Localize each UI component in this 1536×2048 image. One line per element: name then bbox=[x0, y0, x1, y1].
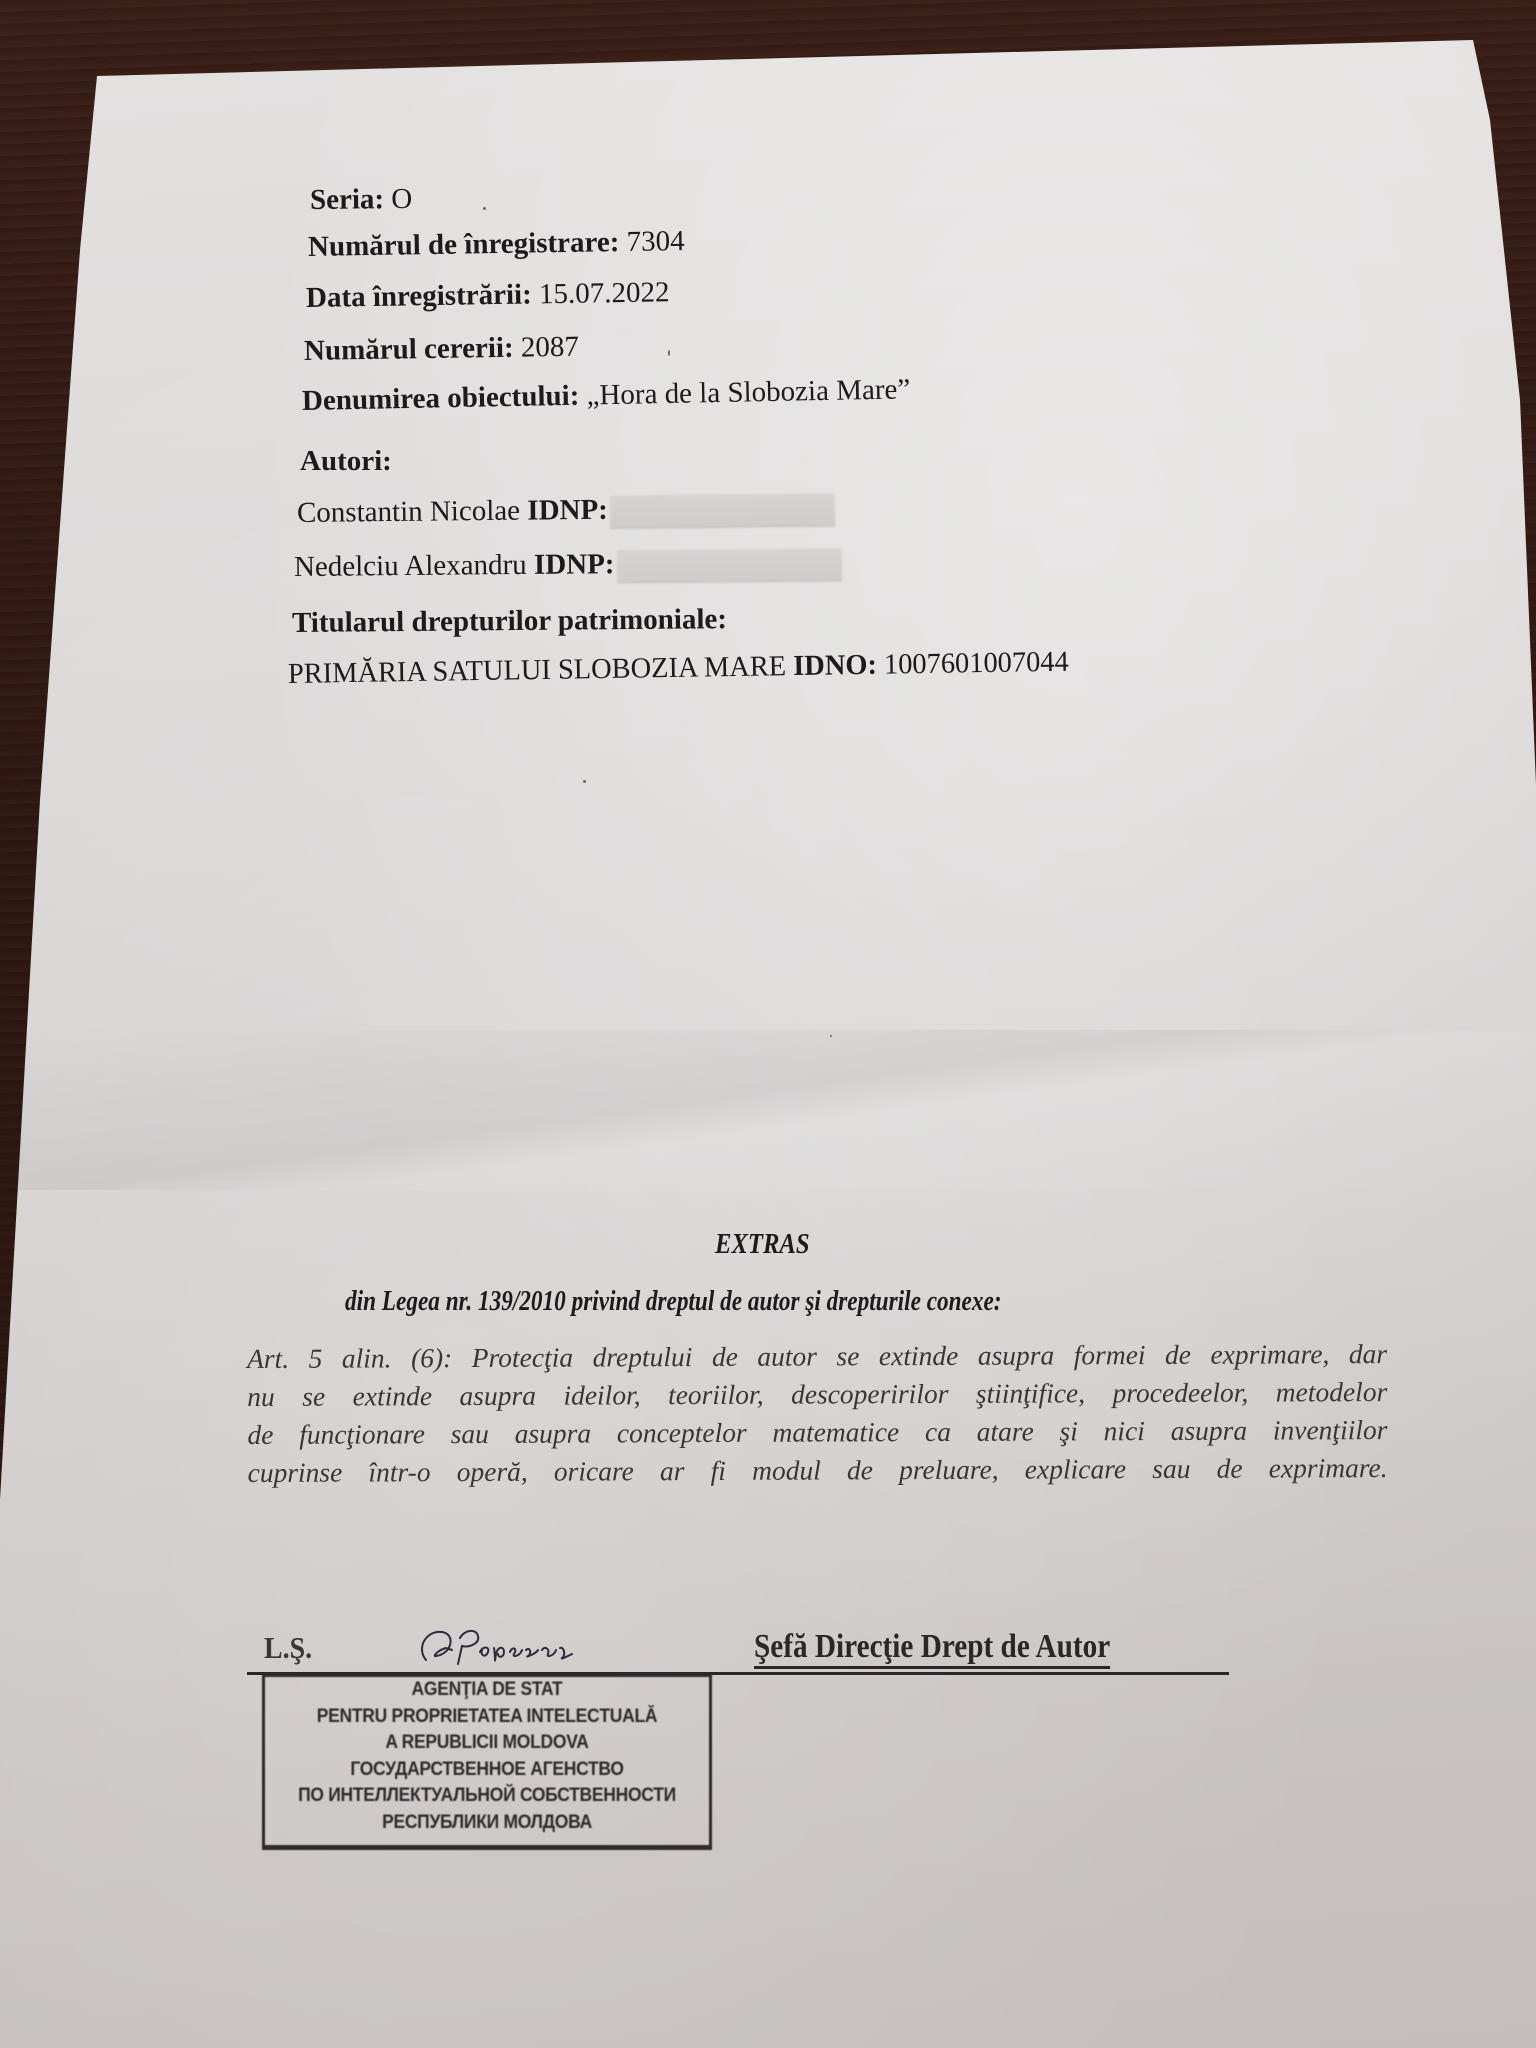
rights-holder-row: PRIMĂRIA SATULUI SLOBOZIA MARE IDNO: 100… bbox=[288, 646, 1069, 691]
registration-date-label: Data înregistrării: bbox=[306, 278, 532, 314]
rights-holder-label: Titularul drepturilor patrimoniale: bbox=[292, 603, 727, 639]
object-name-value: „Hora de la Slobozia Mare” bbox=[586, 373, 910, 411]
request-number-label: Numărul cererii: bbox=[304, 332, 514, 367]
paper-fold-shadow bbox=[0, 1030, 1536, 1190]
author-id-label: IDNP: bbox=[527, 494, 608, 527]
request-number-value: 2087 bbox=[521, 331, 579, 364]
handwritten-signature-icon bbox=[412, 1620, 582, 1672]
registration-number-value: 7304 bbox=[626, 225, 684, 258]
article-line: nu se extinde asupra ideilor, teoriilor,… bbox=[247, 1373, 1387, 1416]
redacted-idnp bbox=[616, 548, 841, 583]
stamp-line: РЕСПУБЛИКИ МОЛДОВА bbox=[283, 1810, 691, 1837]
field-registration-date: Data înregistrării: 15.07.2022 bbox=[306, 276, 670, 315]
rights-holder-id-label: IDNO: bbox=[793, 649, 877, 682]
rights-holder-heading: Titularul drepturilor patrimoniale: bbox=[292, 603, 727, 640]
author-row: Constantin Nicolae IDNP: bbox=[297, 491, 835, 531]
signer-title: Şefă Direcţie Drept de Autor bbox=[754, 1628, 1110, 1669]
stamp-line: AGENŢIA DE STAT bbox=[283, 1677, 691, 1704]
speck bbox=[483, 207, 486, 210]
redacted-idnp bbox=[610, 493, 835, 528]
stamp-line: ПО ИНТЕЛЛЕКТУАЛЬНОЙ СОБСТВЕННОСТИ bbox=[283, 1783, 691, 1810]
signature-line: L.Ş. Şefă Direcţie Drept de Autor bbox=[247, 1628, 1229, 1675]
seria-value: O bbox=[391, 183, 412, 215]
authors-heading: Autori: bbox=[300, 445, 392, 478]
stamp-line: A REPUBLICII MOLDOVA bbox=[283, 1730, 691, 1757]
object-name-label: Denumirea obiectului: bbox=[302, 380, 580, 417]
stamp-line: ГОСУДАРСТВЕННОЕ АГЕНСТВО bbox=[283, 1757, 691, 1784]
official-stamp: AGENŢIA DE STAT PENTRU PROPRIETATEA INTE… bbox=[262, 1674, 712, 1850]
locus-sigilli-label: L.Ş. bbox=[264, 1630, 312, 1666]
field-request-number: Numărul cererii: 2087 bbox=[304, 331, 579, 368]
author-name: Constantin Nicolae bbox=[297, 495, 520, 529]
speck bbox=[668, 350, 670, 356]
extract-subtitle: din Legea nr. 139/2010 privind dreptul d… bbox=[345, 1286, 1002, 1318]
paper-sheet: Seria: O Numărul de înregistrare: 7304 D… bbox=[0, 0, 1536, 2048]
seria-label: Seria: bbox=[310, 183, 384, 216]
stamp-line: PENTRU PROPRIETATEA INTELECTUALĂ bbox=[283, 1704, 691, 1731]
authors-label: Autori: bbox=[300, 445, 392, 477]
author-name: Nedelciu Alexandru bbox=[294, 549, 527, 583]
article-line: de funcţionare sau asupra conceptelor ma… bbox=[247, 1411, 1387, 1454]
rights-holder-id-value: 1007601007044 bbox=[884, 646, 1069, 681]
extract-title: EXTRAS bbox=[715, 1228, 810, 1261]
speck bbox=[830, 1035, 832, 1037]
field-object-name: Denumirea obiectului: „Hora de la Sloboz… bbox=[302, 373, 911, 418]
author-id-label: IDNP: bbox=[534, 548, 615, 581]
article-line: cuprinse într-o operă, oricare ar fi mod… bbox=[247, 1449, 1387, 1492]
field-registration-number: Numărul de înregistrare: 7304 bbox=[308, 225, 685, 264]
registration-number-label: Numărul de înregistrare: bbox=[308, 226, 620, 263]
speck bbox=[583, 780, 586, 783]
author-row: Nedelciu Alexandru IDNP: bbox=[294, 546, 842, 586]
field-seria: Seria: O bbox=[310, 183, 413, 217]
rights-holder-name: PRIMĂRIA SATULUI SLOBOZIA MARE bbox=[288, 650, 787, 690]
extract-article-text: Art. 5 alin. (6): Protecţia dreptului de… bbox=[247, 1335, 1388, 1492]
registration-date-value: 15.07.2022 bbox=[539, 276, 670, 310]
article-line: Art. 5 alin. (6): Protecţia dreptului de… bbox=[247, 1335, 1387, 1378]
